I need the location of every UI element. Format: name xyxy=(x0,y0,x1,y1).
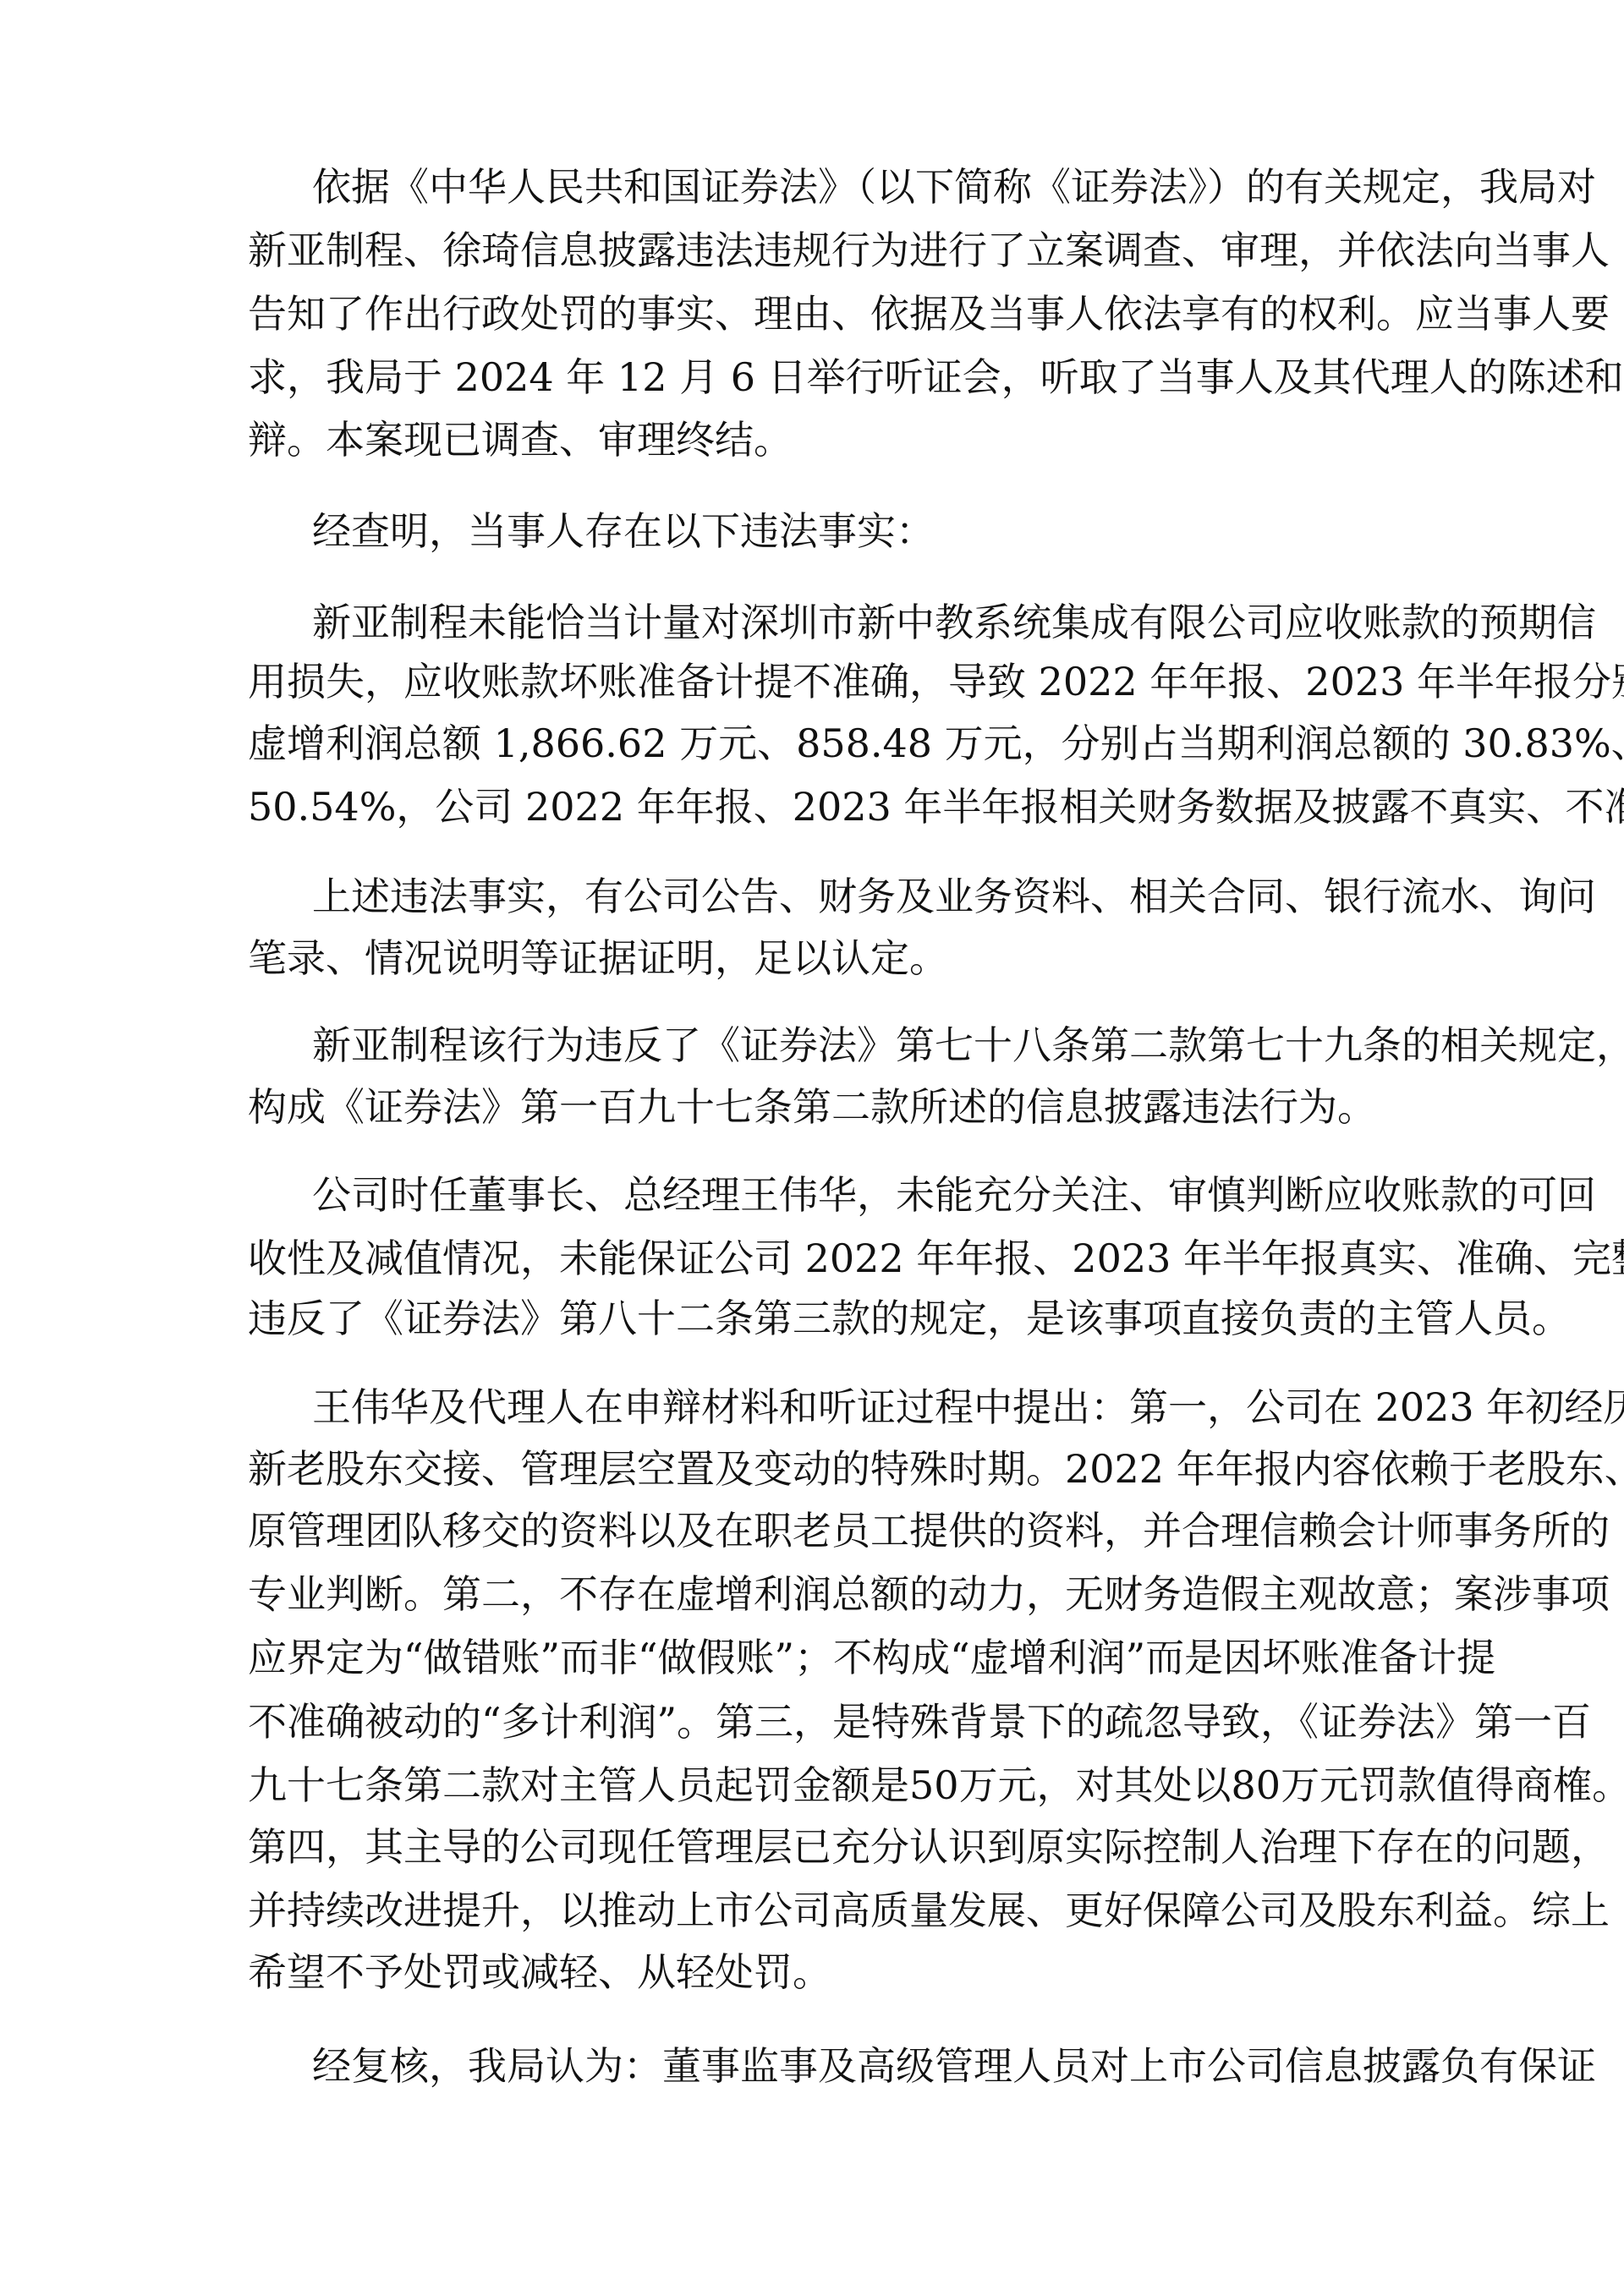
text-line: 求，我局于 2024 年 12 月 6 日举行听证会，听取了当事人及其代理人的陈… xyxy=(248,346,1400,408)
text-line: 笔录、情况说明等证据证明，足以认定。 xyxy=(248,927,1400,989)
text-line: 用损失，应收账款坏账准备计提不准确，导致 2022 年年报、2023 年半年报分… xyxy=(248,650,1400,713)
text-line: 新亚制程该行为违反了《证券法》第七十八条第二款第七十九条的相关规定， xyxy=(312,1014,1400,1077)
text-line: 上述违法事实，有公司公告、财务及业务资料、相关合同、银行流水、询问 xyxy=(312,865,1400,928)
text-line: 应界定为“做错账”而非“做假账”；不构成“虚增利润”而是因坏账准备计提 xyxy=(248,1626,1400,1689)
text-line: 违反了《证券法》第八十二条第三款的规定，是该事项直接负责的主管人员。 xyxy=(248,1287,1400,1350)
text-line: 专业判断。第二，不存在虚增利润总额的动力，无财务造假主观故意；案涉事项 xyxy=(248,1563,1400,1625)
text-line: 公司时任董事长、总经理王伟华，未能充分关注、审慎判断应收账款的可回 xyxy=(312,1164,1400,1226)
text-line: 九十七条第二款对主管人员起罚金额是50万元，对其处以80万元罚款值得商榷。 xyxy=(248,1754,1400,1817)
text-line: 50.54%，公司 2022 年年报、2023 年半年报相关财务数据及披露不真实… xyxy=(248,775,1400,838)
text-line: 并持续改进提升，以推动上市公司高质量发展、更好保障公司及股东利益。综上 xyxy=(248,1879,1400,1942)
text-line: 辩。本案现已调查、审理终结。 xyxy=(248,408,1400,471)
document-page: 依据《中华人民共和国证券法》（以下简称《证券法》）的有关规定，我局对 新亚制程、… xyxy=(0,0,1624,2296)
text-line: 收性及减值情况，未能保证公司 2022 年年报、2023 年半年报真实、准确、完… xyxy=(248,1227,1400,1290)
text-line: 告知了作出行政处罚的事实、理由、依据及当事人依法享有的权利。应当事人要 xyxy=(248,282,1400,345)
text-line: 不准确被动的“多计利润”。第三，是特殊背景下的疏忽导致，《证券法》第一百 xyxy=(248,1690,1400,1753)
text-line: 新亚制程未能恰当计量对深圳市新中教系统集成有限公司应收账款的预期信 xyxy=(312,591,1400,654)
text-line: 王伟华及代理人在申辩材料和听证过程中提出：第一，公司在 2023 年初经历 xyxy=(312,1376,1400,1438)
text-line: 依据《中华人民共和国证券法》（以下简称《证券法》）的有关规定，我局对 xyxy=(312,156,1400,218)
text-line: 经查明，当事人存在以下违法事实： xyxy=(312,500,1400,562)
text-line: 新老股东交接、管理层空置及变动的特殊时期。2022 年年报内容依赖于老股东、 xyxy=(248,1438,1400,1500)
text-line: 构成《证券法》第一百九十七条第二款所述的信息披露违法行为。 xyxy=(248,1076,1400,1138)
text-line: 虚增利润总额 1,866.62 万元、858.48 万元，分别占当期利润总额的 … xyxy=(248,712,1400,775)
text-line: 新亚制程、徐琦信息披露违法违规行为进行了立案调查、审理，并依法向当事人 xyxy=(248,219,1400,282)
text-line: 希望不予处罚或减轻、从轻处罚。 xyxy=(248,1941,1400,2003)
text-line: 原管理团队移交的资料以及在职老员工提供的资料，并合理信赖会计师事务所的 xyxy=(248,1499,1400,1562)
text-line: 第四，其主导的公司现任管理层已充分认识到原实际控制人治理下存在的问题， xyxy=(248,1816,1400,1878)
text-line: 经复核，我局认为：董事监事及高级管理人员对上市公司信息披露负有保证 xyxy=(312,2035,1400,2097)
